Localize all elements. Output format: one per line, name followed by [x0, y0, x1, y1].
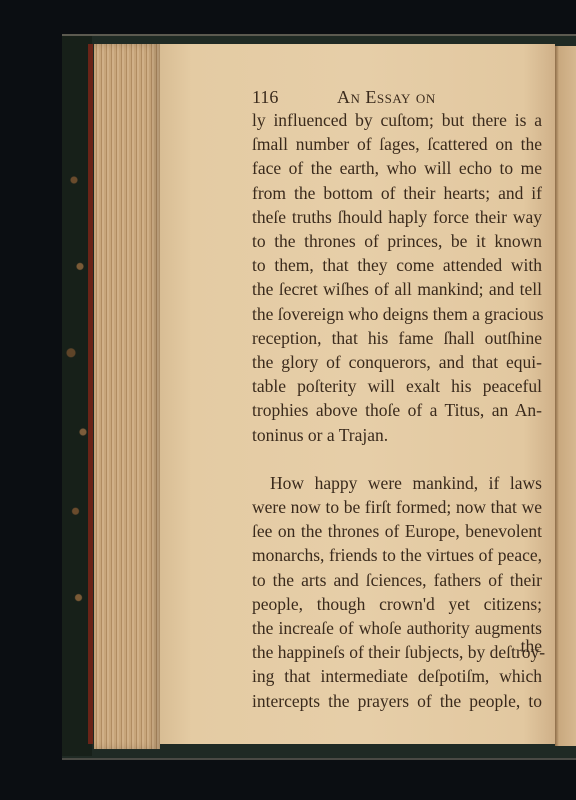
paragraph-gap: [252, 447, 542, 471]
text-line: ſmall number of ſages, ſcattered on the: [252, 132, 542, 156]
text-line: the ſecret wiſhes of all mankind; and te…: [252, 277, 542, 301]
paragraph-1: ly influenced by cuſtom; but there is a …: [252, 108, 542, 447]
text-line: face of the earth, who will echo to me: [252, 156, 542, 180]
red-page-edge: [88, 44, 93, 744]
text-line: monarchs, friends to the virtues of peac…: [252, 543, 542, 567]
text-line: ly influenced by cuſtom; but there is a: [252, 108, 542, 132]
facing-page-edge: [555, 46, 576, 746]
catchword: the: [252, 636, 542, 657]
text-line: to the thrones of princes, be it known: [252, 229, 542, 253]
text-line: How happy were mankind, if laws: [252, 471, 542, 495]
text-line: were now to be firſt formed; now that we: [252, 495, 542, 519]
text-line: table poſterity will exalt his peaceful: [252, 374, 542, 398]
text-line: people, though crown'd yet citizens;: [252, 592, 542, 616]
page-stack: [94, 44, 160, 749]
text-line: reception, that his fame ſhall outſhine: [252, 326, 542, 350]
body-text: ly influenced by cuſtom; but there is a …: [252, 108, 542, 713]
paragraph-2: How happy were mankind, if laws were now…: [252, 471, 542, 713]
text-line: the glory of conquerors, and that equi-: [252, 350, 542, 374]
text-line: from the bottom of their hearts; and if: [252, 181, 542, 205]
text-line: trophies above thoſe of a Titus, an An-: [252, 398, 542, 422]
text-line: ſee on the thrones of Europe, benevolent: [252, 519, 542, 543]
running-head: An Essay on: [337, 87, 436, 108]
text-line: ing that intermediate deſpotiſm, which: [252, 664, 542, 688]
text-line: the ſovereign who deigns them a gracious: [252, 302, 542, 326]
text-line: to the arts and ſciences, fathers of the…: [252, 568, 542, 592]
text-line: intercepts the prayers of the people, to: [252, 689, 542, 713]
text-line: toninus or a Trajan.: [252, 423, 542, 447]
text-line: theſe truths ſhould haply force their wa…: [252, 205, 542, 229]
text-line: to them, that they come attended with: [252, 253, 542, 277]
page-number: 116: [252, 87, 278, 108]
